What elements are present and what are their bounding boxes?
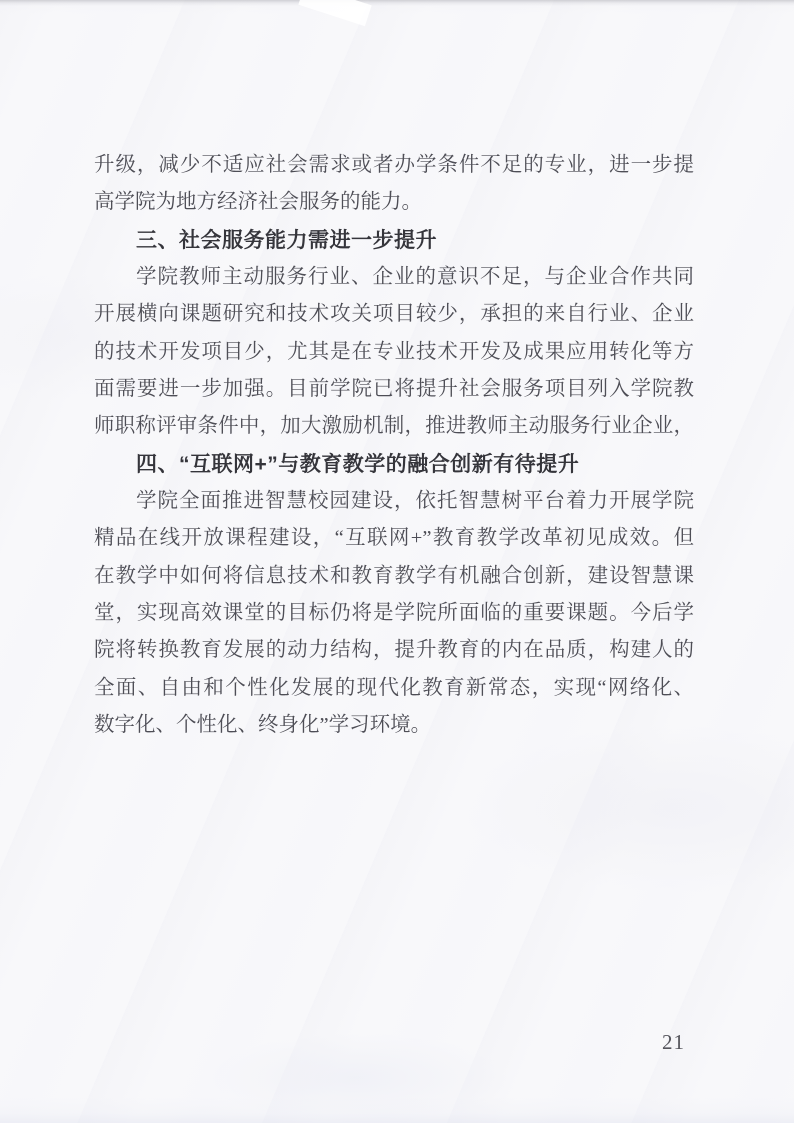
scanned-document-page: 升级，减少不适应社会需求或者办学条件不足的专业，进一步提高学院为地方经济社会服务… (0, 0, 794, 1123)
section-heading: 四、“互联网+”与教育教学的融合创新有待提升 (94, 446, 694, 483)
text-line: 院将转换教育发展的动力结构，提升教育的内在品质，构建人的 (94, 632, 694, 669)
paper-crease (298, 0, 371, 26)
section-heading: 三、社会服务能力需进一步提升 (94, 222, 694, 259)
text-line: 堂，实现高效课堂的目标仍将是学院所面临的重要课题。今后学 (94, 595, 694, 632)
text-line: 数字化、个性化、终身化”学习环境。 (94, 707, 694, 744)
text-line: 学院全面推进智慧校园建设，依托智慧树平台着力开展学院 (94, 483, 694, 520)
text-line: 学院教师主动服务行业、企业的意识不足，与企业合作共同 (94, 259, 694, 296)
text-line: 精品在线开放课程建设，“互联网+”教育教学改革初见成效。但 (94, 520, 694, 557)
text-line: 的技术开发项目少，尤其是在专业技术开发及成果应用转化等方 (94, 334, 694, 371)
text-line: 开展横向课题研究和技术攻关项目较少，承担的来自行业、企业 (94, 296, 694, 333)
text-line: 高学院为地方经济社会服务的能力。 (94, 184, 694, 221)
text-line: 在教学中如何将信息技术和教育教学有机融合创新，建设智慧课 (94, 558, 694, 595)
text-line: 面需要进一步加强。目前学院已将提升社会服务项目列入学院教 (94, 371, 694, 408)
text-line: 升级，减少不适应社会需求或者办学条件不足的专业，进一步提 (94, 147, 694, 184)
page-number: 21 (662, 1030, 685, 1055)
document-body: 升级，减少不适应社会需求或者办学条件不足的专业，进一步提高学院为地方经济社会服务… (94, 147, 694, 745)
text-line: 全面、自由和个性化发展的现代化教育新常态，实现“网络化、 (94, 670, 694, 707)
text-line: 师职称评审条件中，加大激励机制，推进教师主动服务行业企业， (94, 408, 694, 445)
